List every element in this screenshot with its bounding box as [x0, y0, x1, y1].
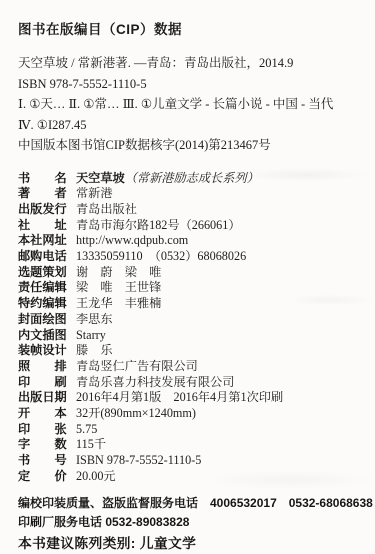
colophon-row: 定 价 20.00元 [18, 469, 365, 485]
footer-block: 编校印装质量、盗版监督服务电话 4006532017 0532-68068638… [18, 494, 365, 554]
colophon-rows: 书 名 天空草坡（常新港励志成长系列） 著 者 常新港 出版发行 青岛出版社 社… [18, 171, 365, 485]
colophon-row-label: 字 数 [18, 437, 68, 453]
colophon-row-value: 32开(890mm×1240mm) [76, 406, 196, 422]
colophon-row: 社 址 青岛市海尔路182号（266061） [18, 218, 365, 234]
colophon-row: 书 号 ISBN 978-7-5552-1110-5 [18, 453, 365, 469]
printer-hotline-line: 印刷厂服务电话 0532-89083828 [18, 513, 365, 533]
colophon-row-value: 115千 [76, 437, 106, 453]
colophon-row: 装帧设计 滕 乐 [18, 343, 365, 359]
colophon-row-value: Starry [76, 328, 106, 344]
cip-data-block: 天空草坡 / 常新港著. —青岛：青岛出版社，2014.9 ISBN 978-7… [18, 53, 365, 135]
colophon-row-label: 本社网址 [18, 233, 68, 249]
colophon-row: 出版日期 2016年4月第1版 2016年4月第1次印刷 [18, 390, 365, 406]
colophon-row-value: 青岛竖仁广告有限公司 [76, 359, 198, 375]
colophon-row-label: 特约编辑 [18, 296, 68, 312]
colophon-row: 印 刷 青岛乐喜力科技发展有限公司 [18, 375, 365, 391]
colophon-row-value: ISBN 978-7-5552-1110-5 [76, 453, 201, 469]
quality-hotline-line: 编校印装质量、盗版监督服务电话 4006532017 0532-68068638 [18, 494, 365, 514]
colophon-row-label: 内文插图 [18, 328, 68, 344]
colophon-row-label: 照 排 [18, 359, 68, 375]
colophon-row: 书 名 天空草坡（常新港励志成长系列） [18, 171, 365, 187]
cip-registry-line: 中国版本图书馆CIP数据核字(2014)第213467号 [18, 135, 365, 156]
book-title: 天空草坡 [76, 171, 125, 185]
copyright-page: 图书在版编目（CIP）数据 天空草坡 / 常新港著. —青岛：青岛出版社，201… [0, 0, 375, 554]
colophon-row-value: 滕 乐 [76, 343, 113, 359]
colophon-row-value: 天空草坡（常新港励志成长系列） [76, 171, 259, 187]
colophon-row: 封面绘图 李思东 [18, 312, 365, 328]
shelf-category-line: 本书建议陈列类别: 儿童文学 [18, 533, 365, 554]
colophon-row: 印 张 5.75 [18, 422, 365, 438]
colophon-row: 开 本 32开(890mm×1240mm) [18, 406, 365, 422]
colophon-row-value: 青岛出版社 [76, 202, 137, 218]
cip-isbn-line: ISBN 978-7-5552-1110-5 [18, 74, 365, 95]
book-series-note: （常新港励志成长系列） [125, 171, 259, 185]
colophon-row-value: 谢 蔚 梁 唯 [76, 265, 161, 281]
colophon-row-label: 装帧设计 [18, 343, 68, 359]
colophon-row: 内文插图 Starry [18, 328, 365, 344]
colophon-row-value: 青岛市海尔路182号（266061） [76, 218, 241, 234]
cip-class-number-line: Ⅳ. ①I287.45 [18, 115, 365, 136]
colophon-row-label: 出版日期 [18, 390, 68, 406]
colophon-row: 本社网址 http://www.qdpub.com [18, 233, 365, 249]
colophon-row-label: 开 本 [18, 406, 68, 422]
colophon-row-label: 书 名 [18, 171, 68, 187]
colophon-row: 特约编辑 王龙华 丰雅楠 [18, 296, 365, 312]
colophon-row-value: 青岛乐喜力科技发展有限公司 [76, 375, 234, 391]
colophon-row-label: 印 张 [18, 422, 68, 438]
cip-classification-line: Ⅰ. ①天… Ⅱ. ①常… Ⅲ. ①儿童文学 - 长篇小说 - 中国 - 当代 [18, 94, 365, 115]
colophon-row-label: 邮购电话 [18, 249, 68, 265]
colophon-row-value: 2016年4月第1版 2016年4月第1次印刷 [76, 390, 283, 406]
colophon-row-label: 责任编辑 [18, 280, 68, 296]
colophon-row: 照 排 青岛竖仁广告有限公司 [18, 359, 365, 375]
colophon-row-label: 出版发行 [18, 202, 68, 218]
colophon-row: 选题策划 谢 蔚 梁 唯 [18, 265, 365, 281]
colophon-row-label: 著 者 [18, 186, 68, 202]
colophon-row-value: 13335059110 （0532）68068026 [76, 249, 246, 265]
colophon-row-label: 印 刷 [18, 375, 68, 391]
colophon-row: 责任编辑 梁 唯 王世锋 [18, 280, 365, 296]
colophon-row: 出版发行 青岛出版社 [18, 202, 365, 218]
colophon-row-value: 5.75 [76, 422, 97, 438]
colophon-row-label: 选题策划 [18, 265, 68, 281]
colophon-row-label: 社 址 [18, 218, 68, 234]
colophon-row-label: 封面绘图 [18, 312, 68, 328]
colophon-row: 著 者 常新港 [18, 186, 365, 202]
colophon-row-label: 定 价 [18, 469, 68, 485]
colophon-row-value: 梁 唯 王世锋 [76, 280, 161, 296]
cip-heading: 图书在版编目（CIP）数据 [18, 22, 365, 38]
colophon-row: 字 数 115千 [18, 437, 365, 453]
colophon-row-label: 书 号 [18, 453, 68, 469]
cip-title-line: 天空草坡 / 常新港著. —青岛：青岛出版社，2014.9 [18, 53, 365, 74]
colophon-row-value: 20.00元 [76, 469, 116, 485]
colophon-row-value: 常新港 [76, 186, 113, 202]
colophon-row-value: 李思东 [76, 312, 113, 328]
colophon-row: 邮购电话 13335059110 （0532）68068026 [18, 249, 365, 265]
colophon-row-value: 王龙华 丰雅楠 [76, 296, 161, 312]
colophon-row-value: http://www.qdpub.com [76, 233, 188, 249]
